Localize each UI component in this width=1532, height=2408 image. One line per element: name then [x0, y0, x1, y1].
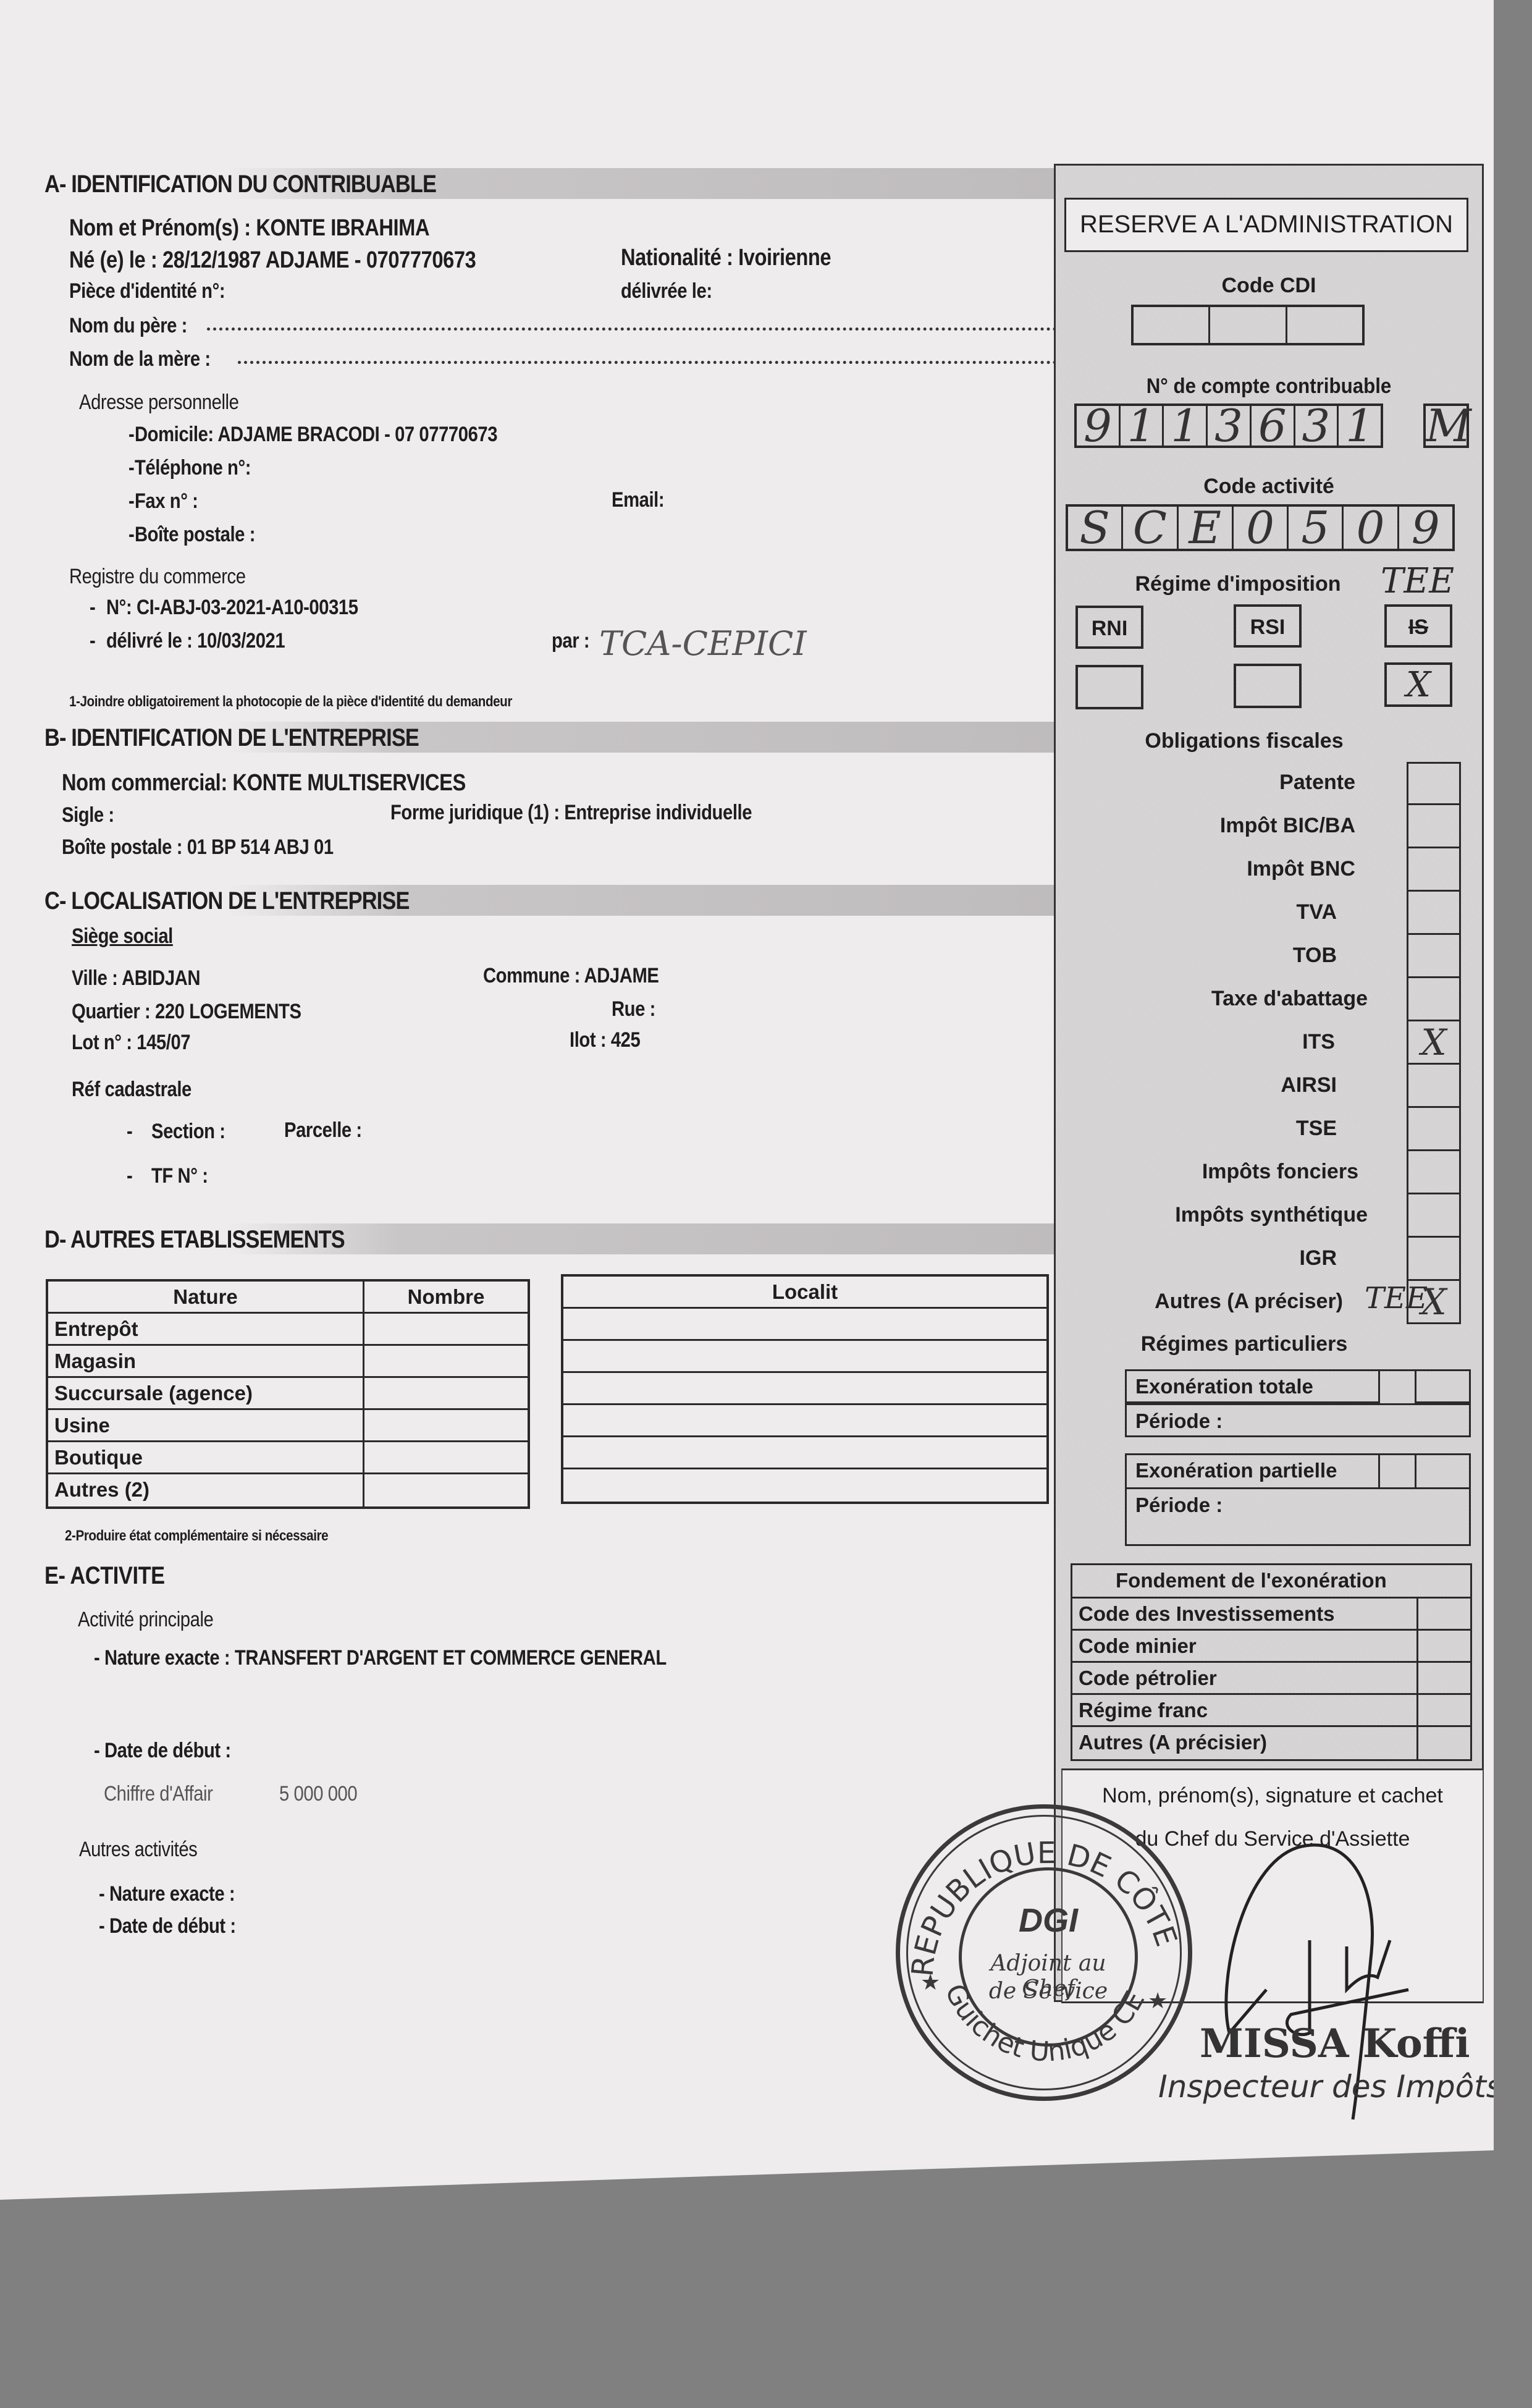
signatory-title: Inspecteur des Impôts: [1158, 2069, 1502, 2105]
code-activite-char[interactable]: S: [1068, 507, 1123, 549]
table-header-row: Localit: [563, 1277, 1046, 1309]
bullet: -: [90, 596, 95, 620]
row-nature: Autres (2): [48, 1474, 364, 1506]
nom-pere-label: Nom du père :: [69, 314, 187, 338]
row-nombre-input[interactable]: [364, 1378, 528, 1408]
nom-prenoms: Nom et Prénom(s) : KONTE IBRAHIMA: [69, 215, 429, 242]
fondement-checkbox[interactable]: [1418, 1599, 1470, 1629]
table-row: Magasin: [48, 1346, 528, 1378]
obligation-patente: Patente: [1056, 762, 1482, 805]
regime-rsi-label: RSI: [1236, 615, 1299, 640]
obligation-synthetique: Impôts synthétique: [1056, 1194, 1482, 1238]
section-c-title: C- LOCALISATION DE L'ENTREPRISE: [44, 887, 410, 915]
stamp-center: DGI Adjoint au Chef de Service: [959, 1867, 1138, 2047]
row-nombre-input[interactable]: [364, 1474, 528, 1506]
obligation-label: Autres (A préciser): [1155, 1290, 1343, 1314]
tf-label: TF N° :: [151, 1164, 208, 1188]
section-b-header: B- IDENTIFICATION DE L'ENTREPRISE: [44, 722, 1058, 753]
obligation-checkbox[interactable]: [1407, 1151, 1461, 1194]
piece-identite: Pièce d'identité n°:: [69, 279, 225, 303]
code-activite-char[interactable]: C: [1123, 507, 1178, 549]
bullet: -: [127, 1120, 132, 1144]
stamp-outer-text: REPUBLIQUE DE CÔTE D'IVOIRE: [896, 1804, 1184, 1978]
row-nombre-input[interactable]: [364, 1442, 528, 1472]
section-a-title: A- IDENTIFICATION DU CONTRIBUABLE: [44, 171, 436, 198]
code-activite-chars[interactable]: S C E 0 5 0 9: [1066, 504, 1455, 551]
obligation-fonciers: Impôts fonciers: [1056, 1151, 1482, 1194]
code-activite-char[interactable]: 0: [1234, 507, 1289, 549]
document-page: A- IDENTIFICATION DU CONTRIBUABLE Nom et…: [0, 0, 1494, 2200]
registre-numero: N°: CI-ABJ-03-2021-A10-00315: [106, 596, 358, 620]
obligation-label: Patente: [1279, 771, 1355, 795]
fondement-header: Fondement de l'exonération: [1072, 1565, 1470, 1599]
star-icon: ★: [1148, 1988, 1168, 2013]
admin-title-box: RESERVE A L'ADMINISTRATION: [1064, 198, 1468, 252]
fondement-checkbox[interactable]: [1418, 1663, 1470, 1693]
registre-delivre: délivré le : 10/03/2021: [106, 629, 285, 653]
etablissements-table: Nature Nombre Entrepôt Magasin Succursal…: [46, 1279, 530, 1509]
code-activite-char[interactable]: E: [1179, 507, 1234, 549]
fondement-label: Code pétrolier: [1072, 1663, 1418, 1693]
star-icon: ★: [920, 1969, 940, 1995]
header-nombre: Nombre: [364, 1282, 528, 1312]
obligation-label: Impôts fonciers: [1202, 1160, 1358, 1184]
obligation-checkbox[interactable]: [1407, 892, 1461, 935]
regime-rsi-box: RSI: [1234, 604, 1302, 648]
localite-row-input[interactable]: [563, 1309, 1046, 1341]
code-cdi-cell[interactable]: [1134, 307, 1210, 343]
fondement-row: Code minier: [1072, 1631, 1470, 1663]
chiffre-affaires-value: 5 000 000: [279, 1782, 357, 1806]
row-nature: Boutique: [48, 1442, 364, 1472]
nom-mere-line[interactable]: [238, 361, 1131, 364]
exo-totale-header: Exonération totale: [1127, 1371, 1380, 1403]
section-b-title: B- IDENTIFICATION DE L'ENTREPRISE: [44, 724, 419, 752]
fondement-row: Autres (A précisier): [1072, 1727, 1470, 1759]
regime-rsi-checkbox[interactable]: [1234, 664, 1302, 708]
exo-totale-box: Exonération totale Période :: [1125, 1369, 1471, 1437]
row-nature: Usine: [48, 1410, 364, 1440]
footnote-1: 1-Joindre obligatoirement la photocopie …: [69, 693, 512, 711]
fondement-checkbox[interactable]: [1418, 1727, 1470, 1759]
compte-digit[interactable]: 6: [1252, 406, 1295, 446]
stamp-dgi: DGI: [962, 1901, 1135, 1940]
exo-partielle-checkbox[interactable]: [1415, 1453, 1469, 1487]
exo-partielle-box: Exonération partielle Période :: [1125, 1453, 1471, 1546]
obligation-checkbox[interactable]: [1407, 848, 1461, 892]
ref-cadastrale: Réf cadastrale: [72, 1078, 192, 1102]
exo-partielle-header: Exonération partielle: [1127, 1455, 1380, 1487]
obligation-checkbox[interactable]: [1407, 1194, 1461, 1238]
registre-title: Registre du commerce: [69, 565, 246, 589]
obligation-tse: TSE: [1056, 1108, 1482, 1151]
fondement-row: Code des Investissements: [1072, 1599, 1470, 1631]
date-naissance: Né (e) le : 28/12/1987 ADJAME - 07077706…: [69, 247, 476, 274]
row-nombre-input[interactable]: [364, 1314, 528, 1344]
chiffre-affaires-label: Chiffre d'Affair: [104, 1782, 213, 1806]
bullet: -: [127, 1164, 132, 1188]
code-activite-char[interactable]: 5: [1289, 507, 1344, 549]
exo-totale-periode: Période :: [1135, 1409, 1223, 1433]
code-cdi-boxes[interactable]: [1131, 305, 1365, 345]
admin-title: RESERVE A L'ADMINISTRATION: [1066, 211, 1467, 239]
table-row: Usine: [48, 1410, 528, 1442]
siege-social: Siège social: [72, 924, 173, 948]
bullet: -: [90, 629, 95, 653]
fondement-table: Fondement de l'exonération Code des Inve…: [1071, 1563, 1472, 1761]
fondement-row: Régime franc: [1072, 1695, 1470, 1727]
sigle: Sigle :: [62, 803, 114, 827]
obligation-checkbox[interactable]: X: [1407, 1021, 1461, 1065]
code-cdi-cell[interactable]: [1287, 307, 1362, 343]
compte-digit[interactable]: 1: [1164, 406, 1208, 446]
nationalite: Nationalité : Ivoirienne: [621, 245, 831, 271]
localite-row-input[interactable]: [563, 1405, 1046, 1437]
compte-digit[interactable]: 3: [1295, 406, 1339, 446]
autres-activites-title: Autres activités: [79, 1838, 197, 1862]
code-cdi-cell[interactable]: [1210, 307, 1287, 343]
stamp-de-service: de Service: [962, 1979, 1135, 2004]
obligation-checkbox[interactable]: [1407, 1108, 1461, 1151]
telephone: Téléphone n°:: [135, 456, 251, 480]
fondement-label: Code minier: [1072, 1631, 1418, 1661]
obligations-label: Obligations fiscales: [1031, 729, 1457, 753]
obligation-tva: TVA: [1056, 892, 1482, 935]
obligation-label: IGR: [1300, 1246, 1337, 1270]
localite-row-input[interactable]: [563, 1437, 1046, 1469]
obligation-autres: Autres (A préciser)TEEX: [1056, 1281, 1482, 1324]
obligation-its: ITSX: [1056, 1021, 1482, 1065]
fax: Fax n° :: [135, 489, 198, 513]
nom-pere-line[interactable]: [207, 327, 1131, 331]
compte-label: N° de compte contribuable: [1073, 374, 1465, 399]
localite-row-input[interactable]: [563, 1373, 1046, 1405]
nom-commercial: Nom commercial: KONTE MULTISERVICES: [62, 770, 466, 796]
bullet: -: [128, 523, 134, 547]
code-activite-label: Code activité: [1056, 475, 1482, 499]
section-a-header: A- IDENTIFICATION DU CONTRIBUABLE: [44, 168, 1058, 199]
obligation-label: Impôts synthétique: [1175, 1203, 1368, 1227]
stamp-bottom-text: Guichet Unique CEPICI: [896, 1804, 1151, 2068]
fondement-checkbox[interactable]: [1418, 1631, 1470, 1661]
bullet: -: [128, 456, 134, 480]
section-d-header: D- AUTRES ETABLISSEMENTS: [44, 1223, 1058, 1254]
exo-totale-checkbox[interactable]: [1415, 1369, 1469, 1403]
obligation-checkbox[interactable]: [1407, 935, 1461, 978]
localite-row-input[interactable]: [563, 1341, 1046, 1373]
exo-partielle-periode: Période :: [1135, 1493, 1223, 1517]
domicile: Domicile: ADJAME BRACODI - 07 07770673: [135, 423, 497, 447]
obligation-checkbox[interactable]: [1407, 978, 1461, 1021]
row-nature: Entrepôt: [48, 1314, 364, 1344]
commune: Commune : ADJAME: [483, 964, 659, 988]
nom-mere-label: Nom de la mère :: [69, 347, 211, 371]
section-e-title: E- ACTIVITE: [44, 1562, 165, 1590]
compte-digit[interactable]: 9: [1077, 406, 1121, 446]
table-row: Boutique: [48, 1442, 528, 1474]
autres-date-debut: - Date de début :: [99, 1914, 236, 1938]
row-nature: Succursale (agence): [48, 1378, 364, 1408]
regime-note-handwritten: TEE: [1381, 561, 1454, 601]
code-activite-char[interactable]: 0: [1344, 507, 1399, 549]
code-activite-char[interactable]: 9: [1399, 507, 1452, 549]
ville: Ville : ABIDJAN: [72, 966, 200, 991]
obligation-airsi: AIRSI: [1056, 1065, 1482, 1108]
header-localite: Localit: [563, 1277, 1046, 1307]
exo-partielle-label: Exonération partielle: [1135, 1459, 1337, 1482]
obligation-igr: IGR: [1056, 1238, 1482, 1281]
boite-postale-perso: Boîte postale :: [135, 523, 255, 547]
activite-principale-title: Activité principale: [78, 1608, 213, 1632]
obligation-checkbox[interactable]: X: [1407, 1281, 1461, 1324]
regime-rni-checkbox[interactable]: [1075, 665, 1143, 709]
table-header-row: Nature Nombre: [48, 1282, 528, 1314]
fondement-title: Fondement de l'exonération: [1072, 1565, 1470, 1597]
compte-digit[interactable]: 1: [1339, 406, 1381, 446]
table-row: Autres (2): [48, 1474, 528, 1506]
fondement-checkbox[interactable]: [1418, 1695, 1470, 1725]
table-row: Succursale (agence): [48, 1378, 528, 1410]
obligation-checkbox[interactable]: [1407, 762, 1461, 805]
par-handwritten: TCA-CEPICI: [599, 624, 807, 663]
obligation-abattage: Taxe d'abattage: [1056, 978, 1482, 1021]
obligation-label: TOB: [1293, 944, 1337, 968]
regime-is-mark: X: [1387, 665, 1450, 705]
compte-key[interactable]: M: [1426, 406, 1471, 446]
regime-is-box: IS: [1384, 604, 1452, 648]
bullet: -: [128, 489, 134, 513]
boite-postale-entreprise: Boîte postale : 01 BP 514 ABJ 01: [62, 835, 334, 860]
nature-exacte: - Nature exacte : TRANSFERT D'ARGENT ET …: [94, 1646, 667, 1670]
exo-totale-label: Exonération totale: [1135, 1375, 1313, 1398]
svg-text:REPUBLIQUE DE CÔTE D'IVOIRE: REPUBLIQUE DE CÔTE D'IVOIRE: [896, 1804, 1184, 1978]
obligation-checkbox[interactable]: [1407, 1065, 1461, 1108]
footnote-2: 2-Produire état complémentaire si nécess…: [65, 1527, 328, 1545]
obligation-tob: TOB: [1056, 935, 1482, 978]
regimes-particuliers-label: Régimes particuliers: [1031, 1332, 1457, 1356]
fondement-label: Régime franc: [1072, 1695, 1418, 1725]
autres-nature-exacte: - Nature exacte :: [99, 1882, 235, 1906]
obligation-bic: Impôt BIC/BA: [1056, 805, 1482, 848]
admin-panel: RESERVE A L'ADMINISTRATION Code CDI N° d…: [1054, 164, 1484, 2002]
official-stamp: REPUBLIQUE DE CÔTE D'IVOIRE Guichet Uniq…: [896, 1804, 1192, 2101]
row-nombre-input[interactable]: [364, 1346, 528, 1376]
regime-is-checkbox[interactable]: X: [1384, 662, 1452, 707]
stamp-ring-text: REPUBLIQUE DE CÔTE D'IVOIRE Guichet Uniq…: [896, 1804, 1192, 2101]
stamp-adjoint: Adjoint au Chef: [962, 1951, 1135, 2001]
svg-text:Guichet Unique CEPICI: Guichet Unique CEPICI: [896, 1804, 1151, 2068]
compte-key-box[interactable]: M: [1423, 403, 1469, 448]
row-nombre-input[interactable]: [364, 1410, 528, 1440]
signatory-name: MISSA Koffi: [1200, 2021, 1470, 2067]
section-label: Section :: [151, 1120, 225, 1144]
regime-rni-label: RNI: [1078, 617, 1141, 641]
quartier: Quartier : 220 LOGEMENTS: [72, 1000, 301, 1024]
fondement-label: Code des Investissements: [1072, 1599, 1418, 1629]
obligation-label: Taxe d'abattage: [1211, 987, 1368, 1011]
lot: Lot n° : 145/07: [72, 1031, 190, 1055]
code-cdi-label: Code CDI: [1056, 274, 1482, 298]
obligation-label: TVA: [1297, 900, 1337, 924]
fondement-row: Code pétrolier: [1072, 1663, 1470, 1695]
regime-rni-box: RNI: [1075, 606, 1143, 649]
header-nature: Nature: [48, 1282, 364, 1312]
obligation-bnc: Impôt BNC: [1056, 848, 1482, 892]
obligation-label: TSE: [1296, 1117, 1337, 1141]
obligation-label: ITS: [1302, 1030, 1335, 1054]
par-label: par :: [552, 629, 589, 653]
compte-digit[interactable]: 1: [1121, 406, 1164, 446]
section-c-header: C- LOCALISATION DE L'ENTREPRISE: [44, 885, 1058, 916]
ilot: Ilot : 425: [570, 1028, 640, 1052]
compte-digits[interactable]: 9 1 1 3 6 3 1: [1074, 403, 1383, 448]
fondement-label: Autres (A précisier): [1072, 1727, 1418, 1759]
delivree-le: délivrée le:: [621, 279, 712, 303]
rue: Rue :: [612, 997, 655, 1021]
compte-digit[interactable]: 3: [1208, 406, 1252, 446]
forme-juridique: Forme juridique (1) : Entreprise individ…: [390, 801, 752, 825]
adresse-title: Adresse personnelle: [79, 391, 238, 415]
obligation-label: AIRSI: [1281, 1073, 1337, 1097]
section-d-title: D- AUTRES ETABLISSEMENTS: [44, 1226, 345, 1254]
regime-is-label: IS: [1387, 615, 1450, 640]
localite-row-input[interactable]: [563, 1469, 1046, 1502]
obligation-checkbox[interactable]: [1407, 1238, 1461, 1281]
obligation-label: Impôt BNC: [1247, 857, 1355, 881]
table-row: Entrepôt: [48, 1314, 528, 1346]
date-debut: - Date de début :: [94, 1739, 231, 1763]
localite-table: Localit: [561, 1274, 1049, 1504]
parcelle-label: Parcelle :: [284, 1118, 362, 1143]
obligation-label: Impôt BIC/BA: [1220, 814, 1355, 838]
obligation-checkbox[interactable]: [1407, 805, 1461, 848]
row-nature: Magasin: [48, 1346, 364, 1376]
email-label: Email:: [612, 488, 664, 512]
bullet: -: [128, 423, 134, 447]
